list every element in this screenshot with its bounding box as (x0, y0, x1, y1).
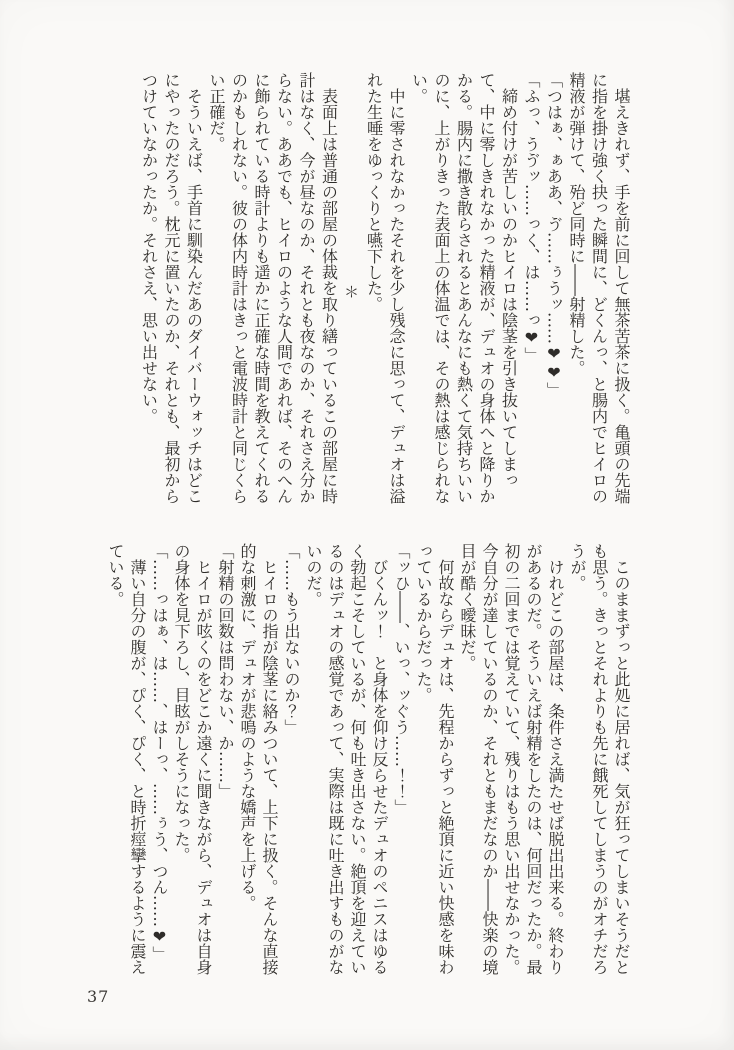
paragraph: 何故ならデュオは、先程からずっと絶頂に近い快感を味わっているからだった。 (412, 543, 456, 981)
dialogue-line: 「ふっ、うゔッ……っく、は……っ❤︎」 (520, 72, 543, 510)
dialogue-line: 「……っはぁ、は……、はーっ、……ぅう、つん……❤︎」 (148, 543, 170, 981)
dialogue-line: 「つはぁ、ぁああ、ゔ……ぅうッ……❤︎❤︎」 (542, 72, 565, 510)
paragraph: けれどこの部屋は、条件さえ満たせば脱出出来る。終わりがあるのだ。そういえば射精を… (456, 543, 566, 981)
dialogue-line: 「ッひ――、いっ、ッぐう……！！」 (390, 543, 412, 981)
dialogue-line: 「射精の回数は問わない、か……」 (214, 543, 236, 981)
dialogue-line: 「……もう出ないのか？」 (280, 543, 302, 981)
paragraph: このままずっと此処に居れば、気が狂ってしまいそうだとも思う。きっとそれよりも先に… (566, 543, 632, 981)
paragraph: 薄い自分の腹が、ぴく、ぴく、と時折痙攣するように震えている。 (104, 543, 148, 981)
scene-break-asterisk: ＊ (340, 72, 363, 510)
paragraph: そういえば、手首に馴染んだあのダイバーウォッチはどこにやったのだろう。枕元に置い… (137, 72, 205, 510)
bottom-text-block: このままずっと此処に居れば、気が狂ってしまいそうだとも思う。きっとそれよりも先に… (104, 543, 632, 981)
paragraph: ヒイロが呟くのをどこか遠くに聞きながら、デュオは自身の身体を見下ろし、目眩がしそ… (170, 543, 214, 981)
paragraph: 中に零されなかったそれを少し残念に思って、デュオは溢れた生唾をゆっくりと嚥下した… (362, 72, 407, 510)
paragraph: 締め付けが苦しいのかヒイロは陰茎を引き抜いてしまって、中に零しきれなかった精液が… (407, 72, 520, 510)
top-text-block: 堪えきれず、手を前に回して無茶苦茶に扱く。亀頭の先端に指を掛け強く抉った瞬間に、… (137, 72, 632, 510)
paragraph: 表面上は普通の部屋の体裁を取り繕っているこの部屋に時計はなく、今が昼なのか、それ… (205, 72, 340, 510)
paragraph: ヒイロの指が陰茎に絡みついて、上下に扱く。そんな直接的な刺激に、デュオが悲鳴のよ… (236, 543, 280, 981)
paragraph: 堪えきれず、手を前に回して無茶苦茶に扱く。亀頭の先端に指を掛け強く抉った瞬間に、… (565, 72, 633, 510)
page-number: 37 (87, 987, 109, 1006)
novel-page: 堪えきれず、手を前に回して無茶苦茶に扱く。亀頭の先端に指を掛け強く抉った瞬間に、… (0, 0, 734, 1050)
paragraph: びくんッ！ と身体を仰け反らせたデュオのペニスはゆるく勃起こそしているが、何も吐… (302, 543, 390, 981)
